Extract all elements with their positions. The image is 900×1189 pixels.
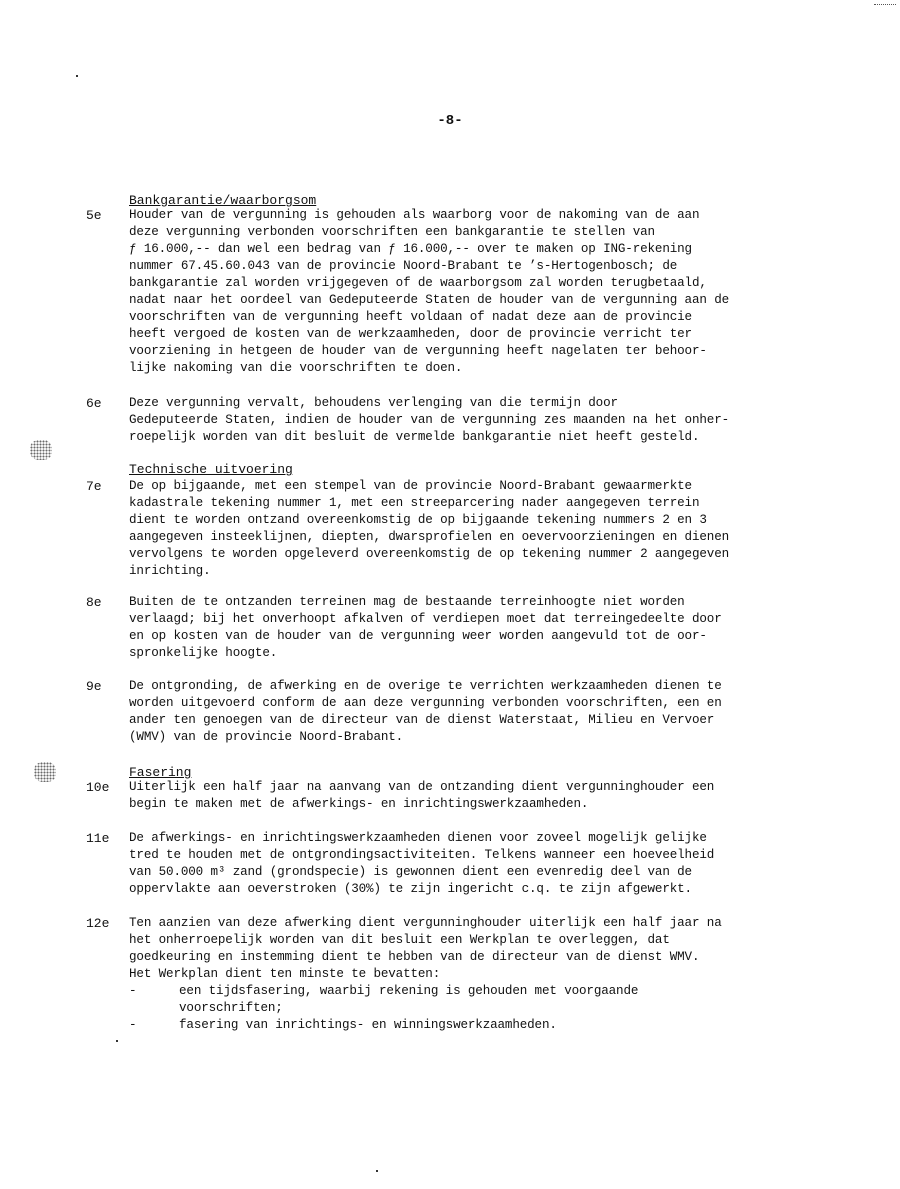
clause-text: Uiterlijk een half jaar na aanvang van d… (129, 779, 849, 813)
clause-text: Deze vergunning vervalt, behoudens verle… (129, 395, 849, 446)
scan-speck (116, 1040, 118, 1042)
section-heading-technische-uitvoering: Technische uitvoering (129, 462, 293, 478)
bullet-item: - een tijdsfasering, waarbij rekening is… (129, 983, 849, 1017)
clause-number: 5e (86, 207, 102, 224)
clause-text: Buiten de te ontzanden terreinen mag de … (129, 594, 849, 662)
clause-text: De afwerkings- en inrichtingswerkzaamhed… (129, 830, 849, 898)
bullet-dash: - (129, 983, 137, 1000)
bullet-text: een tijdsfasering, waarbij rekening is g… (179, 983, 799, 1017)
scan-artifact (874, 4, 896, 5)
clause-number: 7e (86, 478, 102, 495)
clause-number: 11e (86, 830, 109, 847)
scan-speck (376, 1170, 378, 1172)
bullet-dash: - (129, 1017, 137, 1034)
stamp-mark-icon (30, 440, 52, 460)
stamp-mark-icon (34, 762, 56, 782)
clause-text: De op bijgaande, met een stempel van de … (129, 478, 849, 580)
clause-number: 8e (86, 594, 102, 611)
page-number: -8- (0, 113, 900, 129)
clause-number: 10e (86, 779, 109, 796)
clause-number: 12e (86, 915, 109, 932)
clause-text: De ontgronding, de afwerking en de overi… (129, 678, 849, 746)
scan-speck (76, 75, 78, 77)
clause-number: 6e (86, 395, 102, 412)
clause-number: 9e (86, 678, 102, 695)
bullet-item: - fasering van inrichtings- en winningsw… (129, 1017, 849, 1034)
clause-text: Houder van de vergunning is gehouden als… (129, 207, 849, 377)
clause-text: Ten aanzien van deze afwerking dient ver… (129, 915, 849, 983)
bullet-text: fasering van inrichtings- en winningswer… (179, 1017, 799, 1034)
